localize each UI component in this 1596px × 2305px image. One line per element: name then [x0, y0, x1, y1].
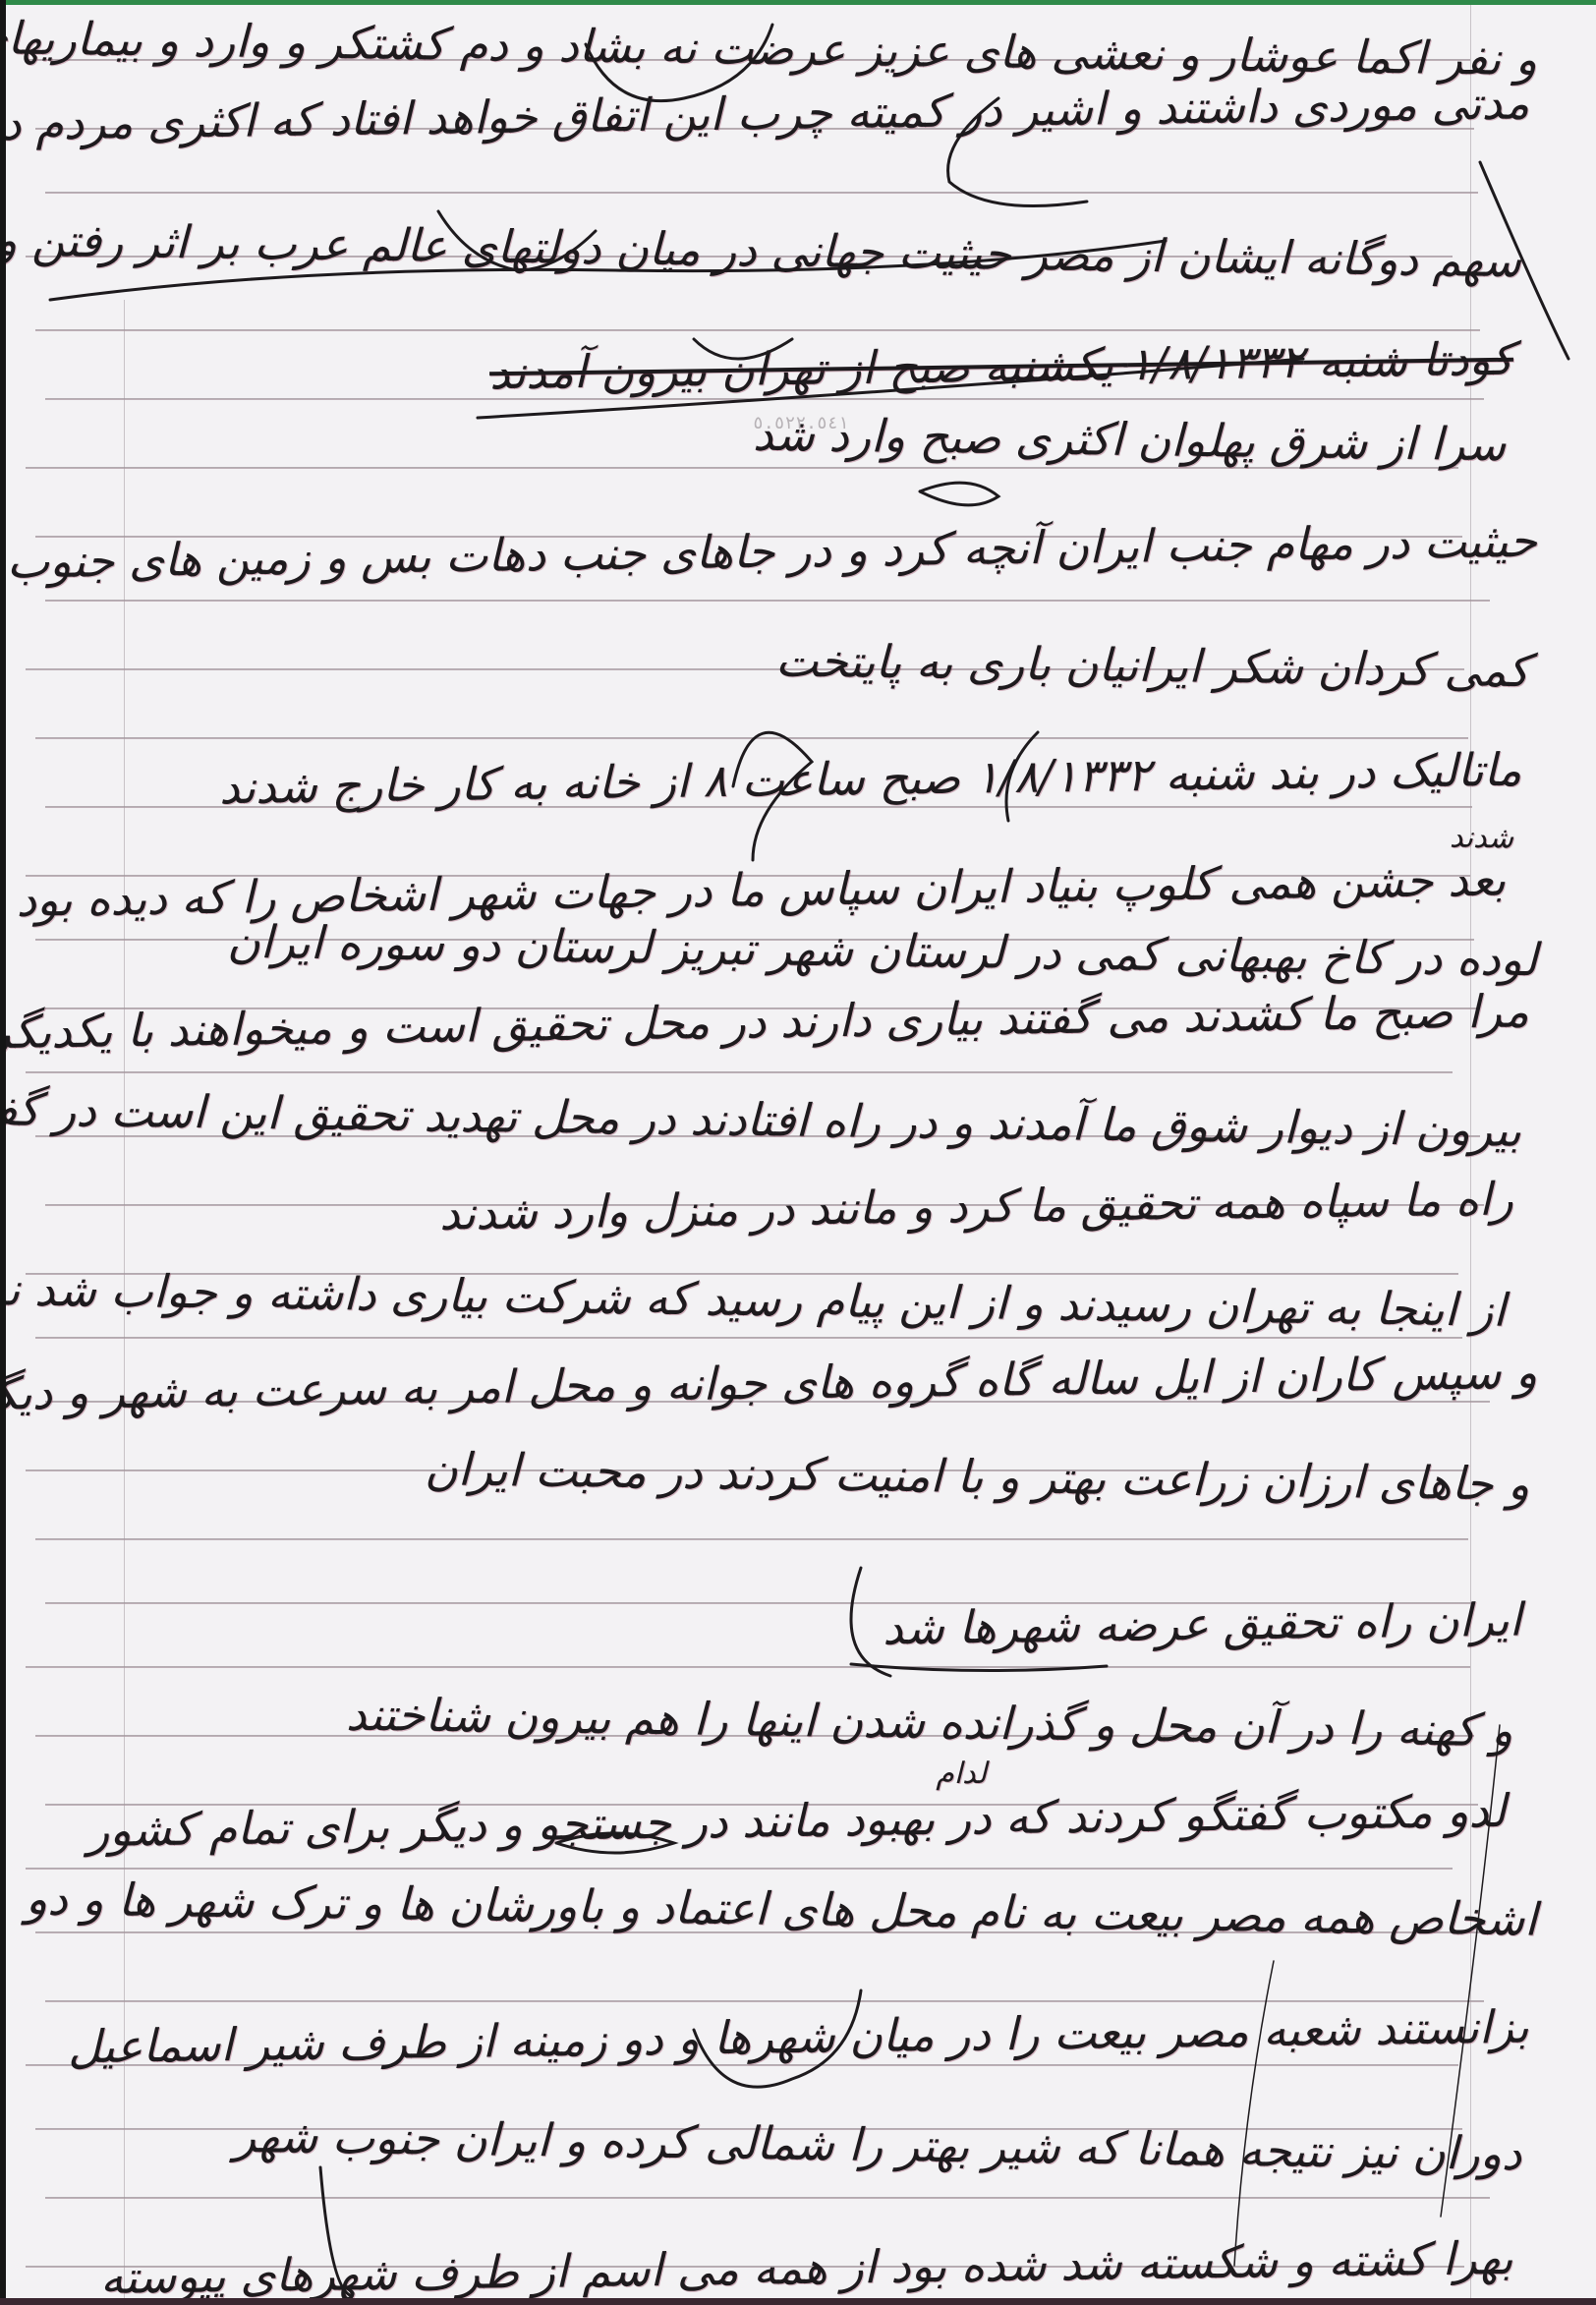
ink-flourishes — [6, 5, 1596, 2298]
scan-bottom-edge — [0, 2298, 1596, 2305]
manuscript-page: و نفر اکما عوشار و نعشی های عزیز عرضت نه… — [6, 5, 1596, 2298]
